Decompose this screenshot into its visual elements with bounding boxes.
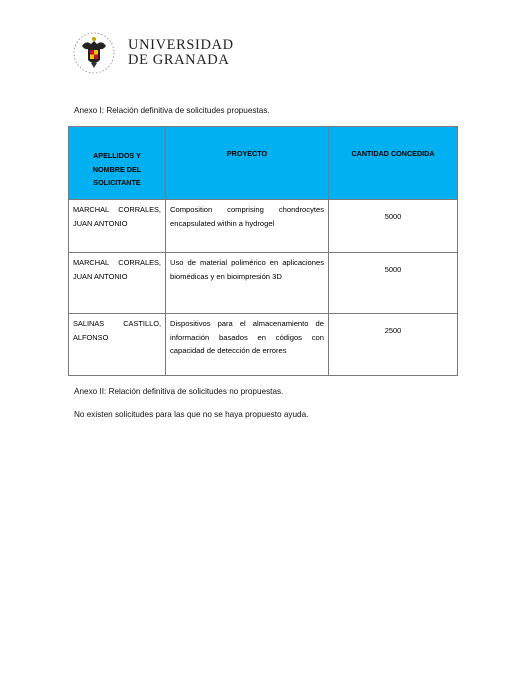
applicant-name: SALINAS CASTILLO, ALFONSO (69, 314, 166, 376)
logo-line-2: DE GRANADA (128, 53, 234, 68)
logo-line-1: UNIVERSIDAD (128, 38, 234, 53)
granted-amount: 5000 (329, 200, 458, 253)
university-name: UNIVERSIDAD DE GRANADA (128, 38, 234, 68)
column-header-amount: CANTIDAD CONCEDIDA (329, 127, 458, 200)
column-header-applicant: APELLIDOS Y NOMBRE DEL SOLICITANTE (69, 127, 166, 200)
project-title: Uso de material polimérico en aplicacion… (166, 253, 329, 314)
proposed-requests-table: APELLIDOS Y NOMBRE DEL SOLICITANTE PROYE… (68, 126, 458, 376)
annex-2-note: No existen solicitudes para las que no s… (74, 410, 308, 419)
university-crest-icon (72, 30, 116, 76)
annex-1-title: Anexo I: Relación definitiva de solicitu… (74, 106, 270, 115)
table-row: SALINAS CASTILLO, ALFONSO Dispositivos p… (69, 314, 458, 376)
project-title: Composition comprising chondrocytes enca… (166, 200, 329, 253)
granted-amount: 5000 (329, 253, 458, 314)
granted-amount: 2500 (329, 314, 458, 376)
university-logo: UNIVERSIDAD DE GRANADA (72, 30, 232, 78)
project-title: Dispositivos para el almacenamiento de i… (166, 314, 329, 376)
table-header-row: APELLIDOS Y NOMBRE DEL SOLICITANTE PROYE… (69, 127, 458, 200)
applicant-name: MARCHAL CORRALES, JUAN ANTONIO (69, 200, 166, 253)
column-header-project: PROYECTO (166, 127, 329, 200)
table-row: MARCHAL CORRALES, JUAN ANTONIO Uso de ma… (69, 253, 458, 314)
annex-2-title: Anexo II: Relación definitiva de solicit… (74, 387, 283, 396)
table-row: MARCHAL CORRALES, JUAN ANTONIO Compositi… (69, 200, 458, 253)
applicant-name: MARCHAL CORRALES, JUAN ANTONIO (69, 253, 166, 314)
